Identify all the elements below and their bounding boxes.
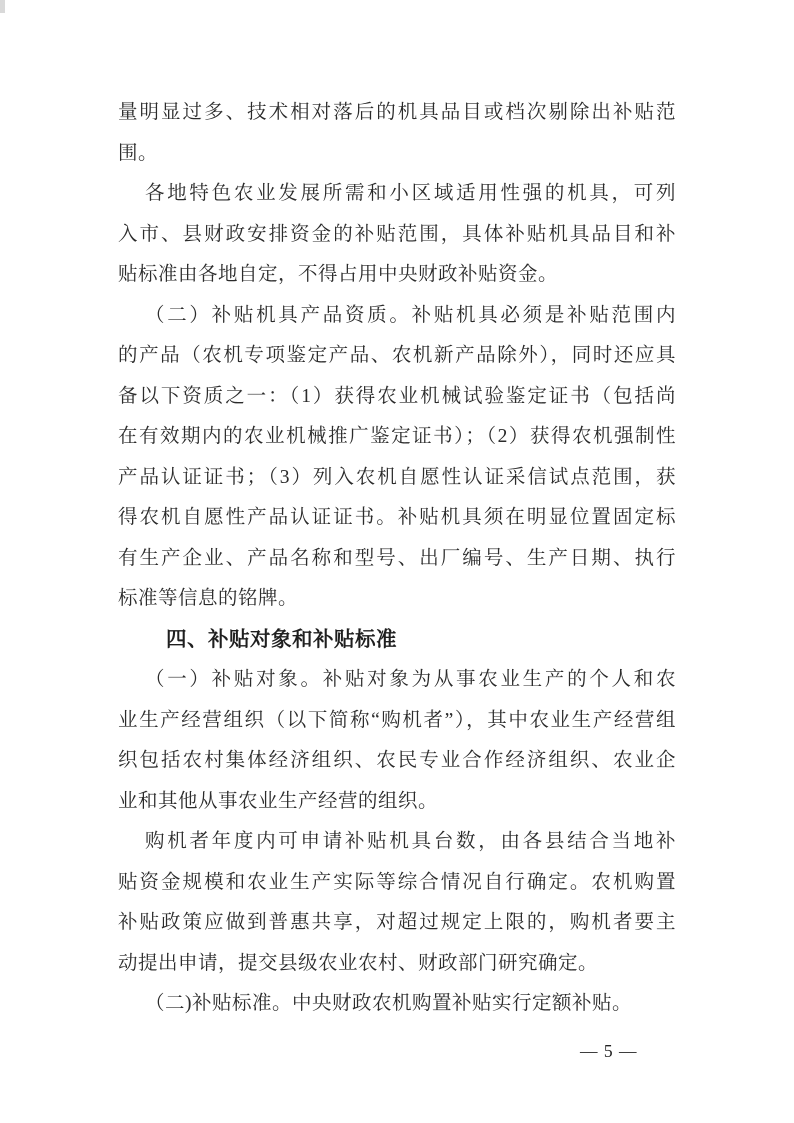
paragraph: （一）补贴对象。补贴对象为从事农业生产的个人和农 业生产经营组织（以下简称“购机… [118,660,676,822]
text-line: 入市、县财政安排资金的补贴范围，具体补贴机具品目和补 [118,215,676,256]
page-number: — 5 — [580,1040,638,1062]
text-line: 备以下资质之一：（1）获得农业机械试验鉴定证书（包括尚 [118,377,676,418]
text-line: 标准等信息的铭牌。 [118,579,676,620]
scan-artifact [0,0,5,13]
text-line: 有生产企业、产品名称和型号、出厂编号、生产日期、执行 [118,539,676,580]
text-line: 围。 [118,134,676,175]
text-line: 业生产经营组织（以下简称“购机者”），其中农业生产经营组 [118,701,676,742]
text-line: 在有效期内的农业机械推广鉴定证书）；（2）获得农机强制性 [118,417,676,458]
text-line: 的产品（农机专项鉴定产品、农机新产品除外），同时还应具 [118,336,676,377]
text-line: 贴资金规模和农业生产实际等综合情况自行确定。农机购置 [118,863,676,904]
text-line: 织包括农村集体经济组织、农民专业合作经济组织、农业企 [118,741,676,782]
text-line: 业和其他从事农业生产经营的组织。 [118,782,676,823]
text-line: 量明显过多、技术相对落后的机具品目或档次剔除出补贴范 [118,93,676,134]
paragraph: 量明显过多、技术相对落后的机具品目或档次剔除出补贴范 围。 [118,93,676,174]
text-line: 得农机自愿性产品认证证书。补贴机具须在明显位置固定标 [118,498,676,539]
text-line: 购机者年度内可申请补贴机具台数，由各县结合当地补 [118,822,676,863]
text-line: （二）补贴机具产品资质。补贴机具必须是补贴范围内 [118,296,676,337]
paragraph: （二)补贴标准。中央财政农机购置补贴实行定额补贴。 [118,984,676,1025]
text-line: 补贴政策应做到普惠共享，对超过规定上限的，购机者要主 [118,903,676,944]
text-line: （一）补贴对象。补贴对象为从事农业生产的个人和农 [118,660,676,701]
document-body: 量明显过多、技术相对落后的机具品目或档次剔除出补贴范 围。 各地特色农业发展所需… [118,93,676,1025]
text-line: 各地特色农业发展所需和小区域适用性强的机具，可列 [118,174,676,215]
section: 四、补贴对象和补贴标准 [118,620,676,661]
paragraph: （二）补贴机具产品资质。补贴机具必须是补贴范围内 的产品（农机专项鉴定产品、农机… [118,296,676,620]
paragraph: 购机者年度内可申请补贴机具台数，由各县结合当地补 贴资金规模和农业生产实际等综合… [118,822,676,984]
text-line: 贴标准由各地自定，不得占用中央财政补贴资金。 [118,255,676,296]
section-heading: 四、补贴对象和补贴标准 [118,620,676,661]
text-line: 产品认证证书；（3）列入农机自愿性认证采信试点范围，获 [118,458,676,499]
text-line: 动提出申请，提交县级农业农村、财政部门研究确定。 [118,944,676,985]
paragraph: 各地特色农业发展所需和小区域适用性强的机具，可列 入市、县财政安排资金的补贴范围… [118,174,676,296]
document-page: 量明显过多、技术相对落后的机具品目或档次剔除出补贴范 围。 各地特色农业发展所需… [0,0,794,1123]
text-line: （二)补贴标准。中央财政农机购置补贴实行定额补贴。 [118,984,676,1025]
